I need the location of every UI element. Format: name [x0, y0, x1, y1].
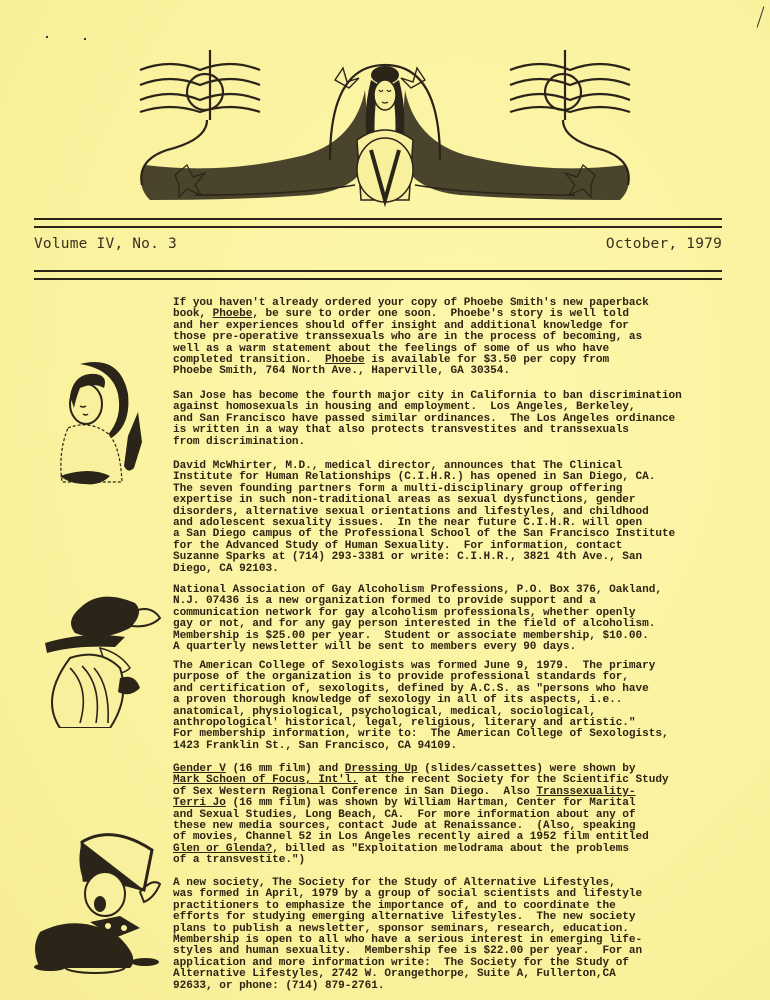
underlined-title: Dressing Up: [345, 763, 418, 775]
issue-line: Volume IV, No. 3 October, 1979: [34, 236, 722, 252]
masthead-rule-top-1: [34, 218, 722, 220]
underlined-title: Mark Schoen of Focus, Int'l.: [173, 774, 358, 786]
stray-mark: [84, 38, 86, 40]
underlined-title: Phoebe: [213, 308, 253, 320]
underlined-title: Gender V: [173, 763, 226, 775]
masthead-rule-top-2: [34, 226, 722, 228]
woman-with-feathered-hat-icon: [40, 588, 165, 728]
underlined-title: Terri Jo: [173, 797, 226, 809]
article-nagap: National Association of Gay Alcoholism P…: [173, 585, 770, 653]
art-nouveau-woman-with-trees-icon: [135, 50, 635, 210]
masthead-rule-bottom-1: [34, 270, 722, 272]
volume-number: Volume IV, No. 3: [34, 236, 177, 252]
mad-hatter-icon: [20, 822, 170, 982]
article-acs: The American College of Sexologists was …: [173, 661, 770, 752]
victorian-woman-crescent-moon-icon: [50, 356, 150, 506]
masthead-rule-bottom-2: [34, 278, 722, 280]
newsletter-page: Volume IV, No. 3 October, 1979 If you ha…: [0, 0, 770, 1000]
underlined-title: Transsexuality-: [536, 786, 635, 798]
article-media: Gender V (16 mm film) and Dressing Up (s…: [173, 764, 770, 867]
stray-mark: [757, 6, 765, 27]
underlined-title: Phoebe: [325, 354, 365, 366]
article-phoebe: If you haven't already ordered your copy…: [173, 298, 770, 378]
stray-mark: [46, 36, 48, 38]
article-san-jose: San Jose has become the fourth major cit…: [173, 391, 770, 448]
article-cihr: David McWhirter, M.D., medical director,…: [173, 461, 770, 575]
issue-date: October, 1979: [606, 236, 722, 252]
underlined-title: Glen or Glenda?: [173, 843, 272, 855]
article-ssal: A new society, The Society for the Study…: [173, 878, 770, 992]
